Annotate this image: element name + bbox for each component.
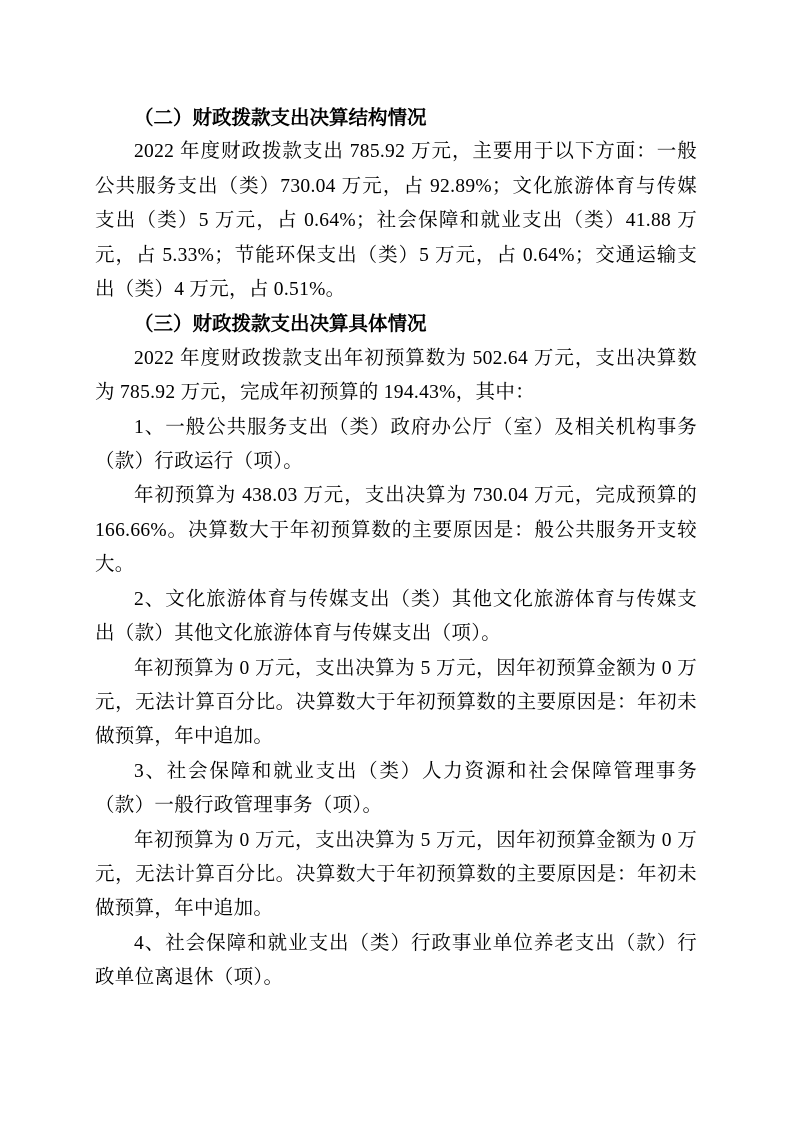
paragraph-item-1-detail: 年初预算为 438.03 万元，支出决算为 730.04 万元，完成预算的 16… — [95, 479, 697, 582]
paragraph-item-1-title: 1、一般公共服务支出（类）政府办公厅（室）及相关机构事务（款）行政运行（项）。 — [95, 411, 697, 480]
section-heading-structure: （二）财政拨款支出决算结构情况 — [95, 101, 697, 135]
paragraph-item-2-detail: 年初预算为 0 万元，支出决算为 5 万元，因年初预算金额为 0 万元，无法计算… — [95, 652, 697, 755]
paragraph-item-2-title: 2、文化旅游体育与传媒支出（类）其他文化旅游体育与传媒支出（款）其他文化旅游体育… — [95, 583, 697, 652]
document-page: （二）财政拨款支出决算结构情况 2022 年度财政拨款支出 785.92 万元，… — [0, 0, 793, 1122]
document-content: （二）财政拨款支出决算结构情况 2022 年度财政拨款支出 785.92 万元，… — [0, 0, 793, 996]
paragraph-structure-overview: 2022 年度财政拨款支出 785.92 万元，主要用于以下方面：一般公共服务支… — [95, 135, 697, 307]
paragraph-item-4-title: 4、社会保障和就业支出（类）行政事业单位养老支出（款）行政单位离退休（项）。 — [95, 927, 697, 996]
section-heading-details: （三）财政拨款支出决算具体情况 — [95, 307, 697, 341]
paragraph-item-3-title: 3、社会保障和就业支出（类）人力资源和社会保障管理事务（款）一般行政管理事务（项… — [95, 755, 697, 824]
paragraph-item-3-detail: 年初预算为 0 万元，支出决算为 5 万元，因年初预算金额为 0 万元，无法计算… — [95, 824, 697, 927]
paragraph-details-overview: 2022 年度财政拨款支出年初预算数为 502.64 万元，支出决算数为 785… — [95, 342, 697, 411]
